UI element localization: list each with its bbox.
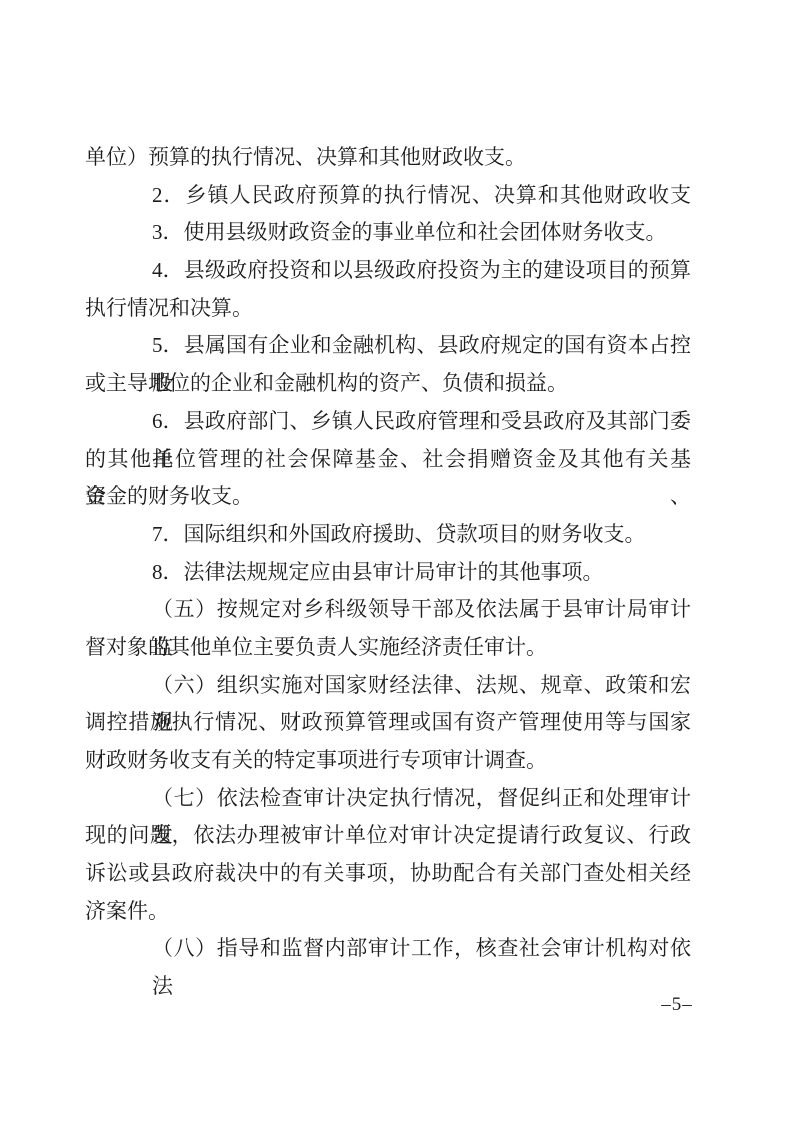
text-line: 现的问题，依法办理被审计单位对审计决定提请行政复议、行政 xyxy=(85,817,691,855)
text-line: 督对象的其他单位主要负责人实施经济责任审计。 xyxy=(85,629,691,667)
text-line: 8．法律法规规定应由县审计局审计的其他事项。 xyxy=(85,554,691,592)
text-line: 3．使用县级财政资金的事业单位和社会团体财务收支。 xyxy=(85,214,691,252)
text-line: 调控措施执行情况、财政预算管理或国有资产管理使用等与国家 xyxy=(85,704,691,742)
text-line: 财政财务收支有关的特定事项进行专项审计调查。 xyxy=(85,742,691,780)
text-line: 执行情况和决算。 xyxy=(85,290,691,328)
text-line: 或主导地位的企业和金融机构的资产、负债和损益。 xyxy=(85,365,691,403)
text-line: 诉讼或县政府裁决中的有关事项，协助配合有关部门查处相关经 xyxy=(85,855,691,893)
text-line: 5．县属国有企业和金融机构、县政府规定的国有资本占控股 xyxy=(85,327,691,365)
text-line: 4．县级政府投资和以县级政府投资为主的建设项目的预算 xyxy=(85,252,691,290)
text-line: （七）依法检查审计决定执行情况，督促纠正和处理审计发 xyxy=(85,780,691,818)
text-line: 6．县政府部门、乡镇人民政府管理和受县政府及其部门委托 xyxy=(85,403,691,441)
text-line: （六）组织实施对国家财经法律、法规、规章、政策和宏观 xyxy=(85,667,691,705)
document-text: 单位）预算的执行情况、决算和其他财政收支。2．乡镇人民政府预算的执行情况、决算和… xyxy=(85,139,691,968)
page-number: –5– xyxy=(652,993,702,1017)
text-line: 济案件。 xyxy=(85,893,691,931)
text-line: 7．国际组织和外国政府援助、贷款项目的财务收支。 xyxy=(85,516,691,554)
text-line: 2．乡镇人民政府预算的执行情况、决算和其他财政收支 xyxy=(85,177,691,215)
text-line: （八）指导和监督内部审计工作，核查社会审计机构对依法 xyxy=(85,930,691,968)
document-page: 单位）预算的执行情况、决算和其他财政收支。2．乡镇人民政府预算的执行情况、决算和… xyxy=(0,0,793,1122)
text-line: （五）按规定对乡科级领导干部及依法属于县审计局审计监 xyxy=(85,591,691,629)
text-line: 的其他单位管理的社会保障基金、社会捐赠资金及其他有关基金、 xyxy=(85,441,691,479)
text-line: 单位）预算的执行情况、决算和其他财政收支。 xyxy=(85,139,691,177)
